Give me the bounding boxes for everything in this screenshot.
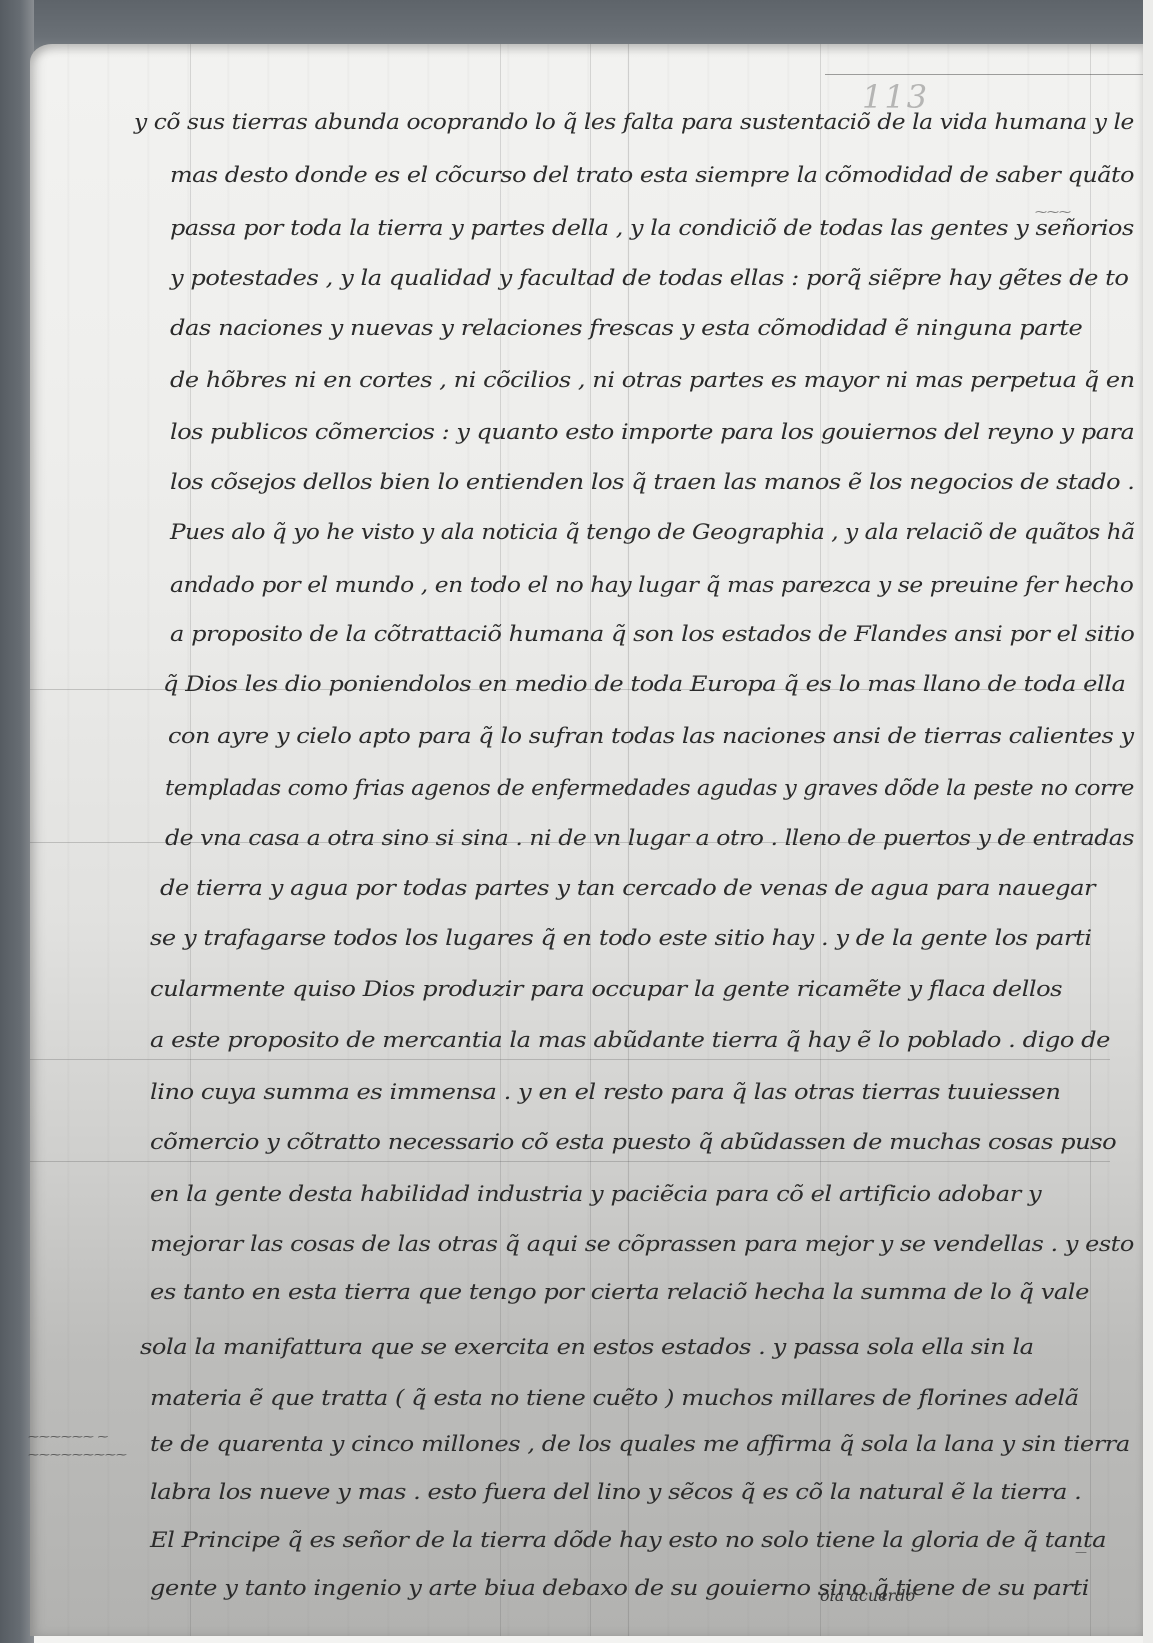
text-line: passa por toda la tierra y partes della … bbox=[170, 216, 1134, 240]
text-line: los publicos cõmercios : y quanto esto i… bbox=[170, 420, 1134, 444]
page-right-edge bbox=[1143, 0, 1153, 1643]
text-line: los cõsejos dellos bien lo entienden los… bbox=[170, 470, 1134, 494]
text-line: cõmercio y cõtratto necessario cõ esta p… bbox=[150, 1130, 1116, 1154]
scanner-frame-left bbox=[0, 0, 34, 1643]
catchword: ola acuerdo bbox=[820, 1586, 915, 1605]
text-line: das naciones y nuevas y relaciones fresc… bbox=[170, 316, 1082, 340]
text-line: andado por el mundo , en todo el no hay … bbox=[170, 573, 1133, 597]
text-line: de tierra y agua por todas partes y tan … bbox=[160, 876, 1095, 900]
margin-note-bleedthrough: ⁓⁓⁓⁓⁓⁓ ⁓ bbox=[28, 1430, 109, 1443]
text-line: se y trafagarse todos los lugares q̃ en … bbox=[150, 926, 1091, 950]
text-line: Pues alo q̃ yo he visto y ala noticia q̃… bbox=[170, 520, 1135, 544]
folio-rule bbox=[825, 74, 1143, 75]
text-line: labra los nueve y mas . esto fuera del l… bbox=[150, 1480, 1081, 1504]
text-line: y cõ sus tierras abunda ocoprando lo q̃ … bbox=[134, 110, 1134, 134]
text-line: con ayre y cielo apto para q̃ lo sufran … bbox=[168, 724, 1134, 748]
text-line: en la gente desta habilidad industria y … bbox=[150, 1182, 1041, 1206]
ink-mark: ⁓⁓⁓ bbox=[1035, 205, 1071, 219]
text-line: gente y tanto ingenio y arte biua debaxo… bbox=[150, 1576, 1089, 1600]
text-line: de vna casa a otra sino si sina . ni de … bbox=[165, 826, 1134, 850]
margin-note-bleedthrough: ⁓⁓⁓⁓⁓⁓⁓⁓⁓ bbox=[28, 1448, 127, 1461]
text-line: El Principe q̃ es señor de la tierra dõd… bbox=[150, 1528, 1106, 1552]
text-line: templadas como frias agenos de enfermeda… bbox=[165, 776, 1134, 800]
ruling-line bbox=[30, 1161, 1110, 1162]
text-line: es tanto en esta tierra que tengo por ci… bbox=[150, 1280, 1089, 1304]
text-line: a proposito de la cõtrattaciõ humana q̃ … bbox=[170, 622, 1134, 646]
ruling-line bbox=[30, 1059, 1110, 1060]
text-line: materia ẽ que tratta ( q̃ esta no tiene … bbox=[150, 1386, 1079, 1410]
text-line: y potestades , y la qualidad y facultad … bbox=[170, 266, 1128, 290]
text-line: q̃ Dios les dio poniendolos en medio de … bbox=[163, 672, 1125, 696]
ink-mark: — bbox=[1075, 1545, 1087, 1559]
text-line: a este proposito de mercantia la mas abũ… bbox=[150, 1028, 1110, 1052]
text-line: mejorar las cosas de las otras q̃ aqui s… bbox=[150, 1232, 1134, 1256]
text-line: lino cuya summa es immensa . y en el res… bbox=[150, 1080, 1060, 1104]
text-line: sola la manifattura que se exercita en e… bbox=[140, 1335, 1034, 1359]
text-line: cularmente quiso Dios produzir para occu… bbox=[150, 977, 1062, 1001]
text-line: mas desto donde es el cõcurso del trato … bbox=[170, 163, 1134, 187]
text-line: de hõbres ni en cortes , ni cõcilios , n… bbox=[170, 368, 1135, 392]
text-line: te de quarenta y cinco millones , de los… bbox=[150, 1432, 1130, 1456]
manuscript-scan: 113 y cõ sus tierras abunda ocoprando lo… bbox=[0, 0, 1153, 1643]
